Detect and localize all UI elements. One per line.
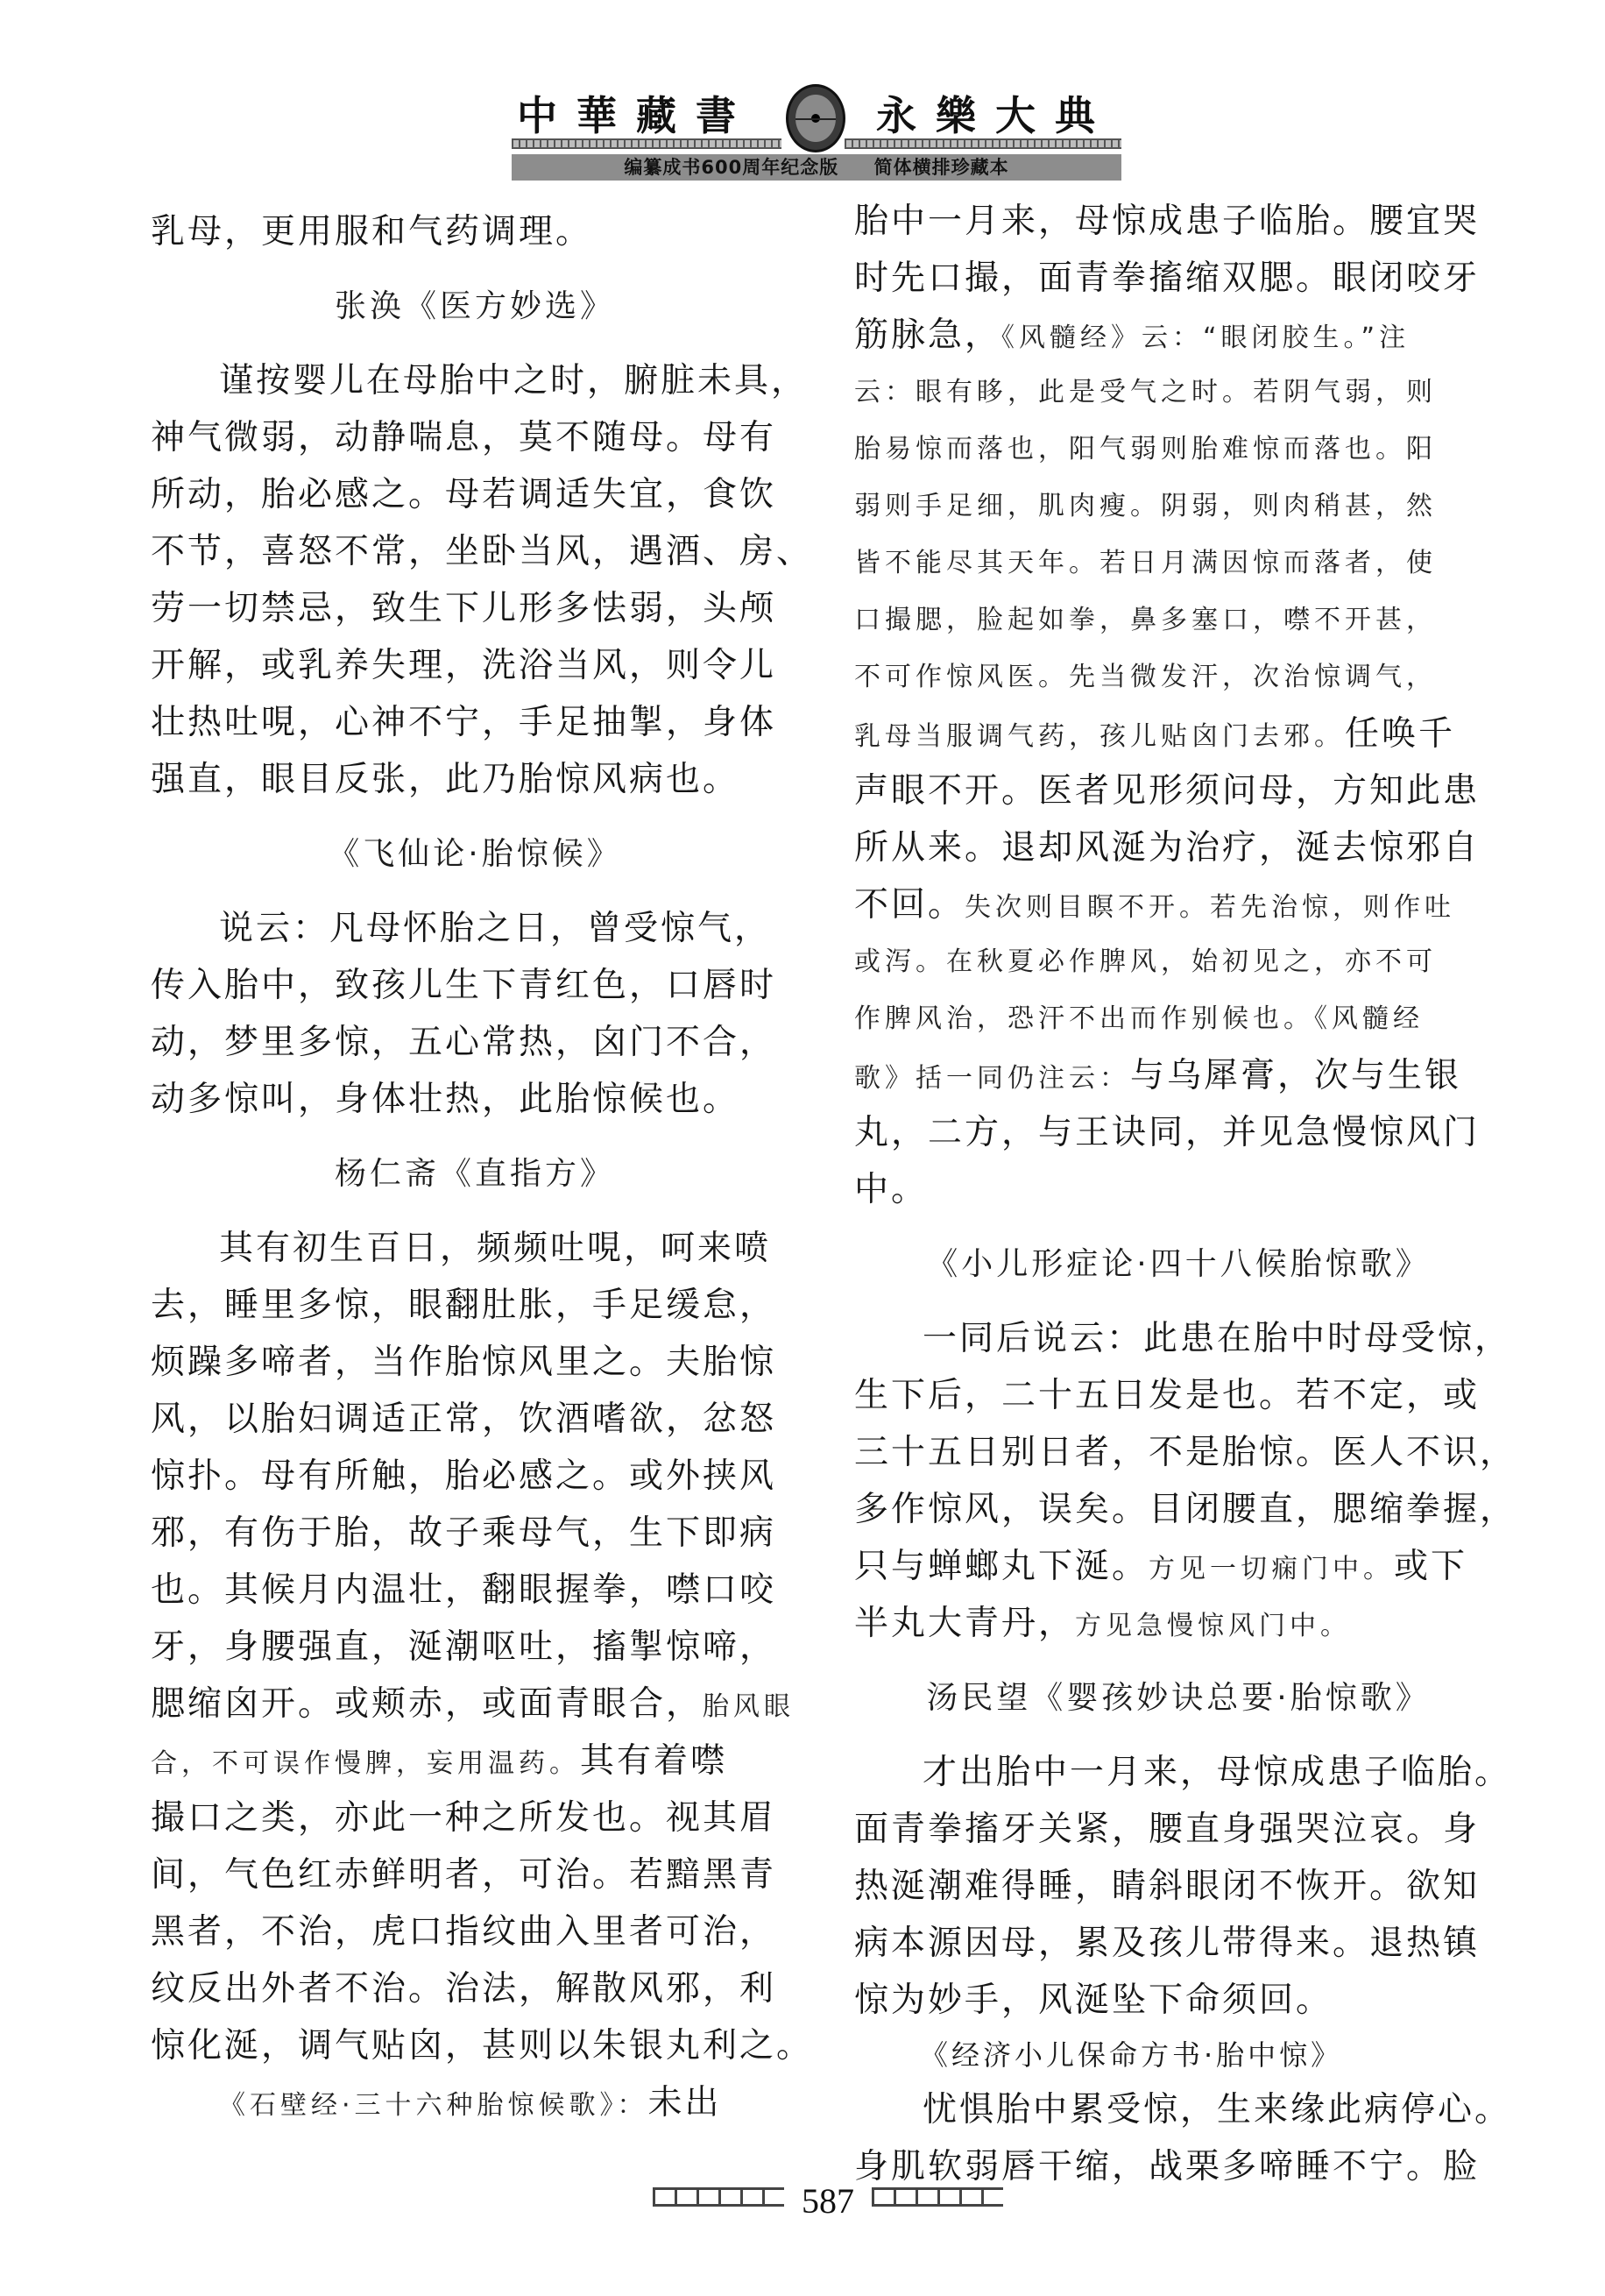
left-column: 乳母，更用服和气药调理。 张涣《医方妙选》 谨按婴儿在母胎中之时，腑脏未具， 神… xyxy=(151,203,799,2131)
text-line: 牙，身腰强直，涎潮呕吐，搐掣惊啼， xyxy=(151,1619,799,1676)
text-line: 所动，胎必感之。母若调适失宜，食饮 xyxy=(151,466,799,523)
annotation: 乳母当服调气药，孩儿贴囟门去邪。 xyxy=(854,721,1345,752)
text-line: 声眼不开。医者见形须问母，方知此患 xyxy=(854,762,1502,819)
text-line: 中。 xyxy=(854,1161,1502,1218)
text-line: 邪，有伤于胎，故子乘母气，生下即病 xyxy=(151,1505,799,1562)
series-title: 中華藏書 xyxy=(517,84,755,142)
annotation-line: 口撮腮，脸起如拳，鼻多塞口，噤不开甚， xyxy=(854,592,1502,648)
text-line: 动，梦里多惊，五心常热，囟门不合， xyxy=(151,1014,799,1071)
section-heading: 杨仁斋《直指方》 xyxy=(151,1128,799,1220)
annotation: 《风髓经》云：“眼闭胶生。”注 xyxy=(1001,322,1410,353)
annotation-line: 不可作惊风医。先当微发汗，次治惊调气， xyxy=(854,648,1502,705)
greek-key-ornament-icon xyxy=(872,2187,1003,2207)
text-line: 时先口撮，面青拳搐缩双腮。眼闭咬牙 xyxy=(854,250,1502,307)
text-line: 才出胎中一月来，母惊成患子临胎。 xyxy=(854,1744,1502,1801)
text-line: 丸，二方，与王诀同，并见急慢惊风门 xyxy=(854,1104,1502,1161)
text-line: 筋脉急，《风髓经》云：“眼闭胶生。”注 xyxy=(854,307,1502,364)
text-line: 合，不可误作慢脾，妄用温药。其有着噤 xyxy=(151,1733,799,1789)
format-label: 简体横排珍藏本 xyxy=(874,157,1009,178)
text-line: 多作惊风，误矣。目闭腰直，腮缩拳握， xyxy=(854,1481,1502,1538)
greek-key-ornament-icon xyxy=(653,2187,784,2207)
text-line: 忧惧胎中累受惊，生来缘此病停心。 xyxy=(854,2081,1502,2138)
edition-label: 编纂成书600周年纪念版 xyxy=(624,157,838,178)
text-line: 开解，或乳养失理，洗浴当风，则令儿 xyxy=(151,637,799,694)
text-line: 也。其候月内温壮，翻眼握拳，噤口咬 xyxy=(151,1562,799,1619)
annotation: 方见一切痫门中。 xyxy=(1149,1554,1394,1584)
section-heading: 汤民望《婴孩妙诀总要·胎惊歌》 xyxy=(854,1652,1502,1744)
annotation: 合，不可误作慢脾，妄用温药。 xyxy=(151,1748,580,1779)
text-line: 谨按婴儿在母胎中之时，腑脏未具， xyxy=(151,352,799,409)
source-citation: 《石壁经·三十六种胎惊候歌》： xyxy=(219,2090,648,2121)
text-line: 强直，眼目反张，此乃胎惊风病也。 xyxy=(151,751,799,808)
fret-border-icon xyxy=(845,138,1121,149)
annotation-line: 或泻。在秋夏必作脾风，始初见之，亦不可 xyxy=(854,933,1502,990)
page-header: 中華藏書 永樂大典 编纂成书600周年纪念版 简体横排珍藏本 xyxy=(508,84,1121,189)
annotation-line: 作脾风治，恐汗不出而作别候也。《风髓经 xyxy=(854,990,1502,1047)
section-heading: 《飞仙论·胎惊候》 xyxy=(151,808,799,900)
annotation-line: 云：眼有眵，此是受气之时。若阴气弱，则 xyxy=(854,364,1502,421)
text-line: 病本源因母，累及孩儿带得来。退热镇 xyxy=(854,1915,1502,1972)
annotation: 方见急慢惊风门中。 xyxy=(1075,1611,1351,1641)
page-footer: 587 xyxy=(653,2180,1003,2215)
text-line: 所从来。退却风涎为治疗，涎去惊邪自 xyxy=(854,819,1502,876)
text-line: 面青拳搐牙关紧，腰直身强哭泣哀。身 xyxy=(854,1801,1502,1858)
text-line: 烦躁多啼者，当作胎惊风里之。夫胎惊 xyxy=(151,1334,799,1391)
annotation: 歌》括一同仍注云： xyxy=(854,1063,1130,1094)
text-line: 风，以胎妇调适正常，饮酒嗜欲，忿怒 xyxy=(151,1391,799,1448)
annotation-line: 胎易惊而落也，阳气弱则胎难惊而落也。阳 xyxy=(854,421,1502,478)
text-line: 壮热吐哯，心神不宁，手足抽掣，身体 xyxy=(151,694,799,751)
text-line: 只与蝉螂丸下涎。方见一切痫门中。或下 xyxy=(854,1538,1502,1595)
coin-seal-icon xyxy=(786,84,845,152)
annotation: 失次则目瞑不开。若先治惊，则作吐 xyxy=(965,892,1455,923)
source-citation: 《经济小儿保命方书·胎中惊》 xyxy=(854,2029,1502,2081)
text-line: 劳一切禁忌，致生下儿形多怯弱，头颅 xyxy=(151,580,799,637)
text-line: 惊扑。母有所触，胎必感之。或外挟风 xyxy=(151,1448,799,1505)
right-column: 胎中一月来，母惊成患子临胎。腰宜哭 时先口撮，面青拳搐缩双腮。眼闭咬牙 筋脉急，… xyxy=(854,193,1502,2195)
text-line: 热涎潮难得睡，睛斜眼闭不恢开。欲知 xyxy=(854,1858,1502,1915)
text-line: 一同后说云：此患在胎中时母受惊， xyxy=(854,1310,1502,1367)
section-heading: 《小儿形症论·四十八候胎惊歌》 xyxy=(854,1218,1502,1310)
text-line: 说云：凡母怀胎之日，曾受惊气， xyxy=(151,900,799,957)
text-line: 惊化涎，调气贴囟，甚则以朱银丸利之。 xyxy=(151,2017,799,2074)
text-line: 不节，喜怒不常，坐卧当风，遇酒、房、 xyxy=(151,523,799,580)
text-line: 胎中一月来，母惊成患子临胎。腰宜哭 xyxy=(854,193,1502,250)
text-line: 生下后，二十五日发是也。若不定，或 xyxy=(854,1367,1502,1424)
edition-banner: 编纂成书600周年纪念版 简体横排珍藏本 xyxy=(512,154,1121,181)
page-number: 587 xyxy=(797,2180,859,2222)
text-line: 歌》括一同仍注云：与乌犀膏，次与生银 xyxy=(854,1047,1502,1104)
text-line: 间，气色红赤鲜明者，可治。若黯黑青 xyxy=(151,1846,799,1903)
fret-border-icon xyxy=(512,138,781,149)
text-line: 黑者，不治，虎口指纹曲入里者可治， xyxy=(151,1903,799,1960)
text-line: 半丸大青丹，方见急慢惊风门中。 xyxy=(854,1595,1502,1652)
annotation-line: 皆不能尽其天年。若日月满因惊而落者，使 xyxy=(854,535,1502,592)
text-line: 纹反出外者不治。治法，解散风邪，利 xyxy=(151,1960,799,2017)
annotation-line: 弱则手足细，肌肉瘦。阴弱，则肉稍甚，然 xyxy=(854,478,1502,535)
text-line: 传入胎中，致孩儿生下青红色，口唇时 xyxy=(151,957,799,1014)
text-line: 去，睡里多惊，眼翻肚胀，手足缓怠， xyxy=(151,1277,799,1334)
book-title: 永樂大典 xyxy=(876,84,1114,142)
annotation: 胎风眼 xyxy=(703,1691,795,1722)
text-line: 三十五日别日者，不是胎惊。医人不识， xyxy=(854,1424,1502,1481)
section-heading: 张涣《医方妙选》 xyxy=(151,260,799,352)
text-line: 神气微弱，动静喘息，莫不随母。母有 xyxy=(151,409,799,466)
text-line: 乳母，更用服和气药调理。 xyxy=(151,203,799,260)
text-line: 乳母当服调气药，孩儿贴囟门去邪。任唤千 xyxy=(854,705,1502,762)
text-line: 《石壁经·三十六种胎惊候歌》：未出 xyxy=(151,2074,799,2131)
text-line: 不回。失次则目瞑不开。若先治惊，则作吐 xyxy=(854,876,1502,933)
text-line: 动多惊叫，身体壮热，此胎惊候也。 xyxy=(151,1071,799,1128)
text-line: 撮口之类，亦此一种之所发也。视其眉 xyxy=(151,1789,799,1846)
text-line: 其有初生百日，频频吐哯，呵来喷 xyxy=(151,1220,799,1277)
text-line: 腮缩囟开。或颊赤，或面青眼合，胎风眼 xyxy=(151,1676,799,1733)
text-line: 惊为妙手，风涎坠下命须回。 xyxy=(854,1972,1502,2029)
